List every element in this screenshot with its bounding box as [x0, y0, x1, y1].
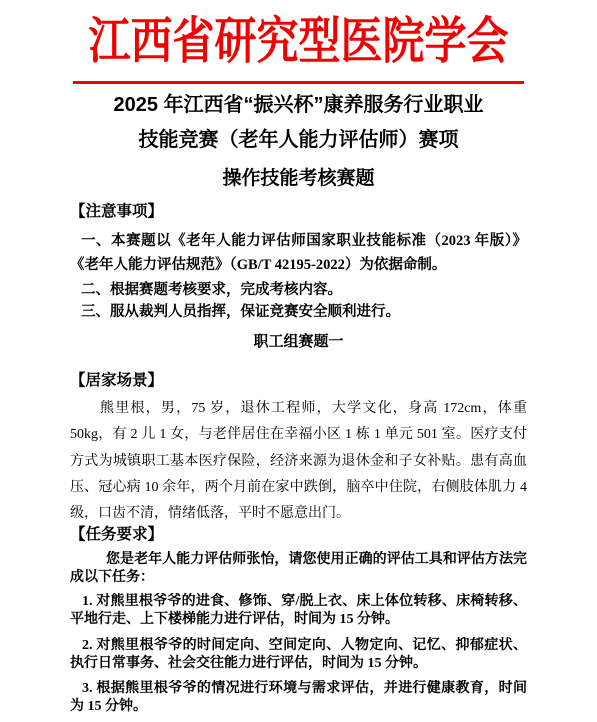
task-intro-paragraph: 您是老年人能力评估师张怡，请您使用正确的评估工具和评估方法完成以下任务：: [70, 551, 527, 586]
competition-title: 2025 年江西省“振兴杯”康养服务行业职业 技能竞赛（老年人能力评估师）赛项: [0, 88, 597, 158]
group-section-title: 职工组赛题一: [0, 331, 597, 352]
task-item-1: 1. 对熊里根爷爷的进食、修饰、穿/脱上衣、床上体位转移、床椅转移、平地行走、上…: [70, 593, 527, 628]
red-divider-rule: [73, 81, 524, 84]
document-subtitle: 操作技能考核赛题: [0, 166, 597, 192]
document-page: 江西省研究型医院学会 2025 年江西省“振兴杯”康养服务行业职业 技能竞赛（老…: [0, 0, 597, 722]
task-item-2: 2. 对熊里根爷爷的时间定向、空间定向、人物定向、记忆、抑郁症状、执行日常事务、…: [70, 637, 527, 672]
organization-title: 江西省研究型医院学会: [48, 12, 549, 70]
task-item-3: 3. 根据熊里根爷爷的情况进行环境与需求评估，并进行健康教育，时间为 15 分钟…: [70, 680, 527, 715]
home-scene-heading: 【居家场景】: [70, 370, 527, 391]
notices-heading: 【注意事项】: [70, 201, 527, 222]
notice-item-1: 一、本赛题以《老年人能力评估师国家职业技能标准（2023 年版）》《老年人能力评…: [70, 229, 527, 277]
notice-item-2: 二、根据赛题考核要求，完成考核内容。: [70, 278, 527, 302]
competition-title-line2: 技能竞赛（老年人能力评估师）赛项: [0, 123, 597, 158]
competition-title-line1: 2025 年江西省“振兴杯”康养服务行业职业: [0, 88, 597, 123]
task-requirements-heading: 【任务要求】: [70, 524, 527, 545]
home-scene-paragraph: 熊里根，男，75 岁，退休工程师，大学文化，身高 172cm，体重 50kg，有…: [70, 396, 527, 527]
notice-item-3: 三、服从裁判人员指挥，保证竞赛安全顺利进行。: [70, 300, 527, 324]
